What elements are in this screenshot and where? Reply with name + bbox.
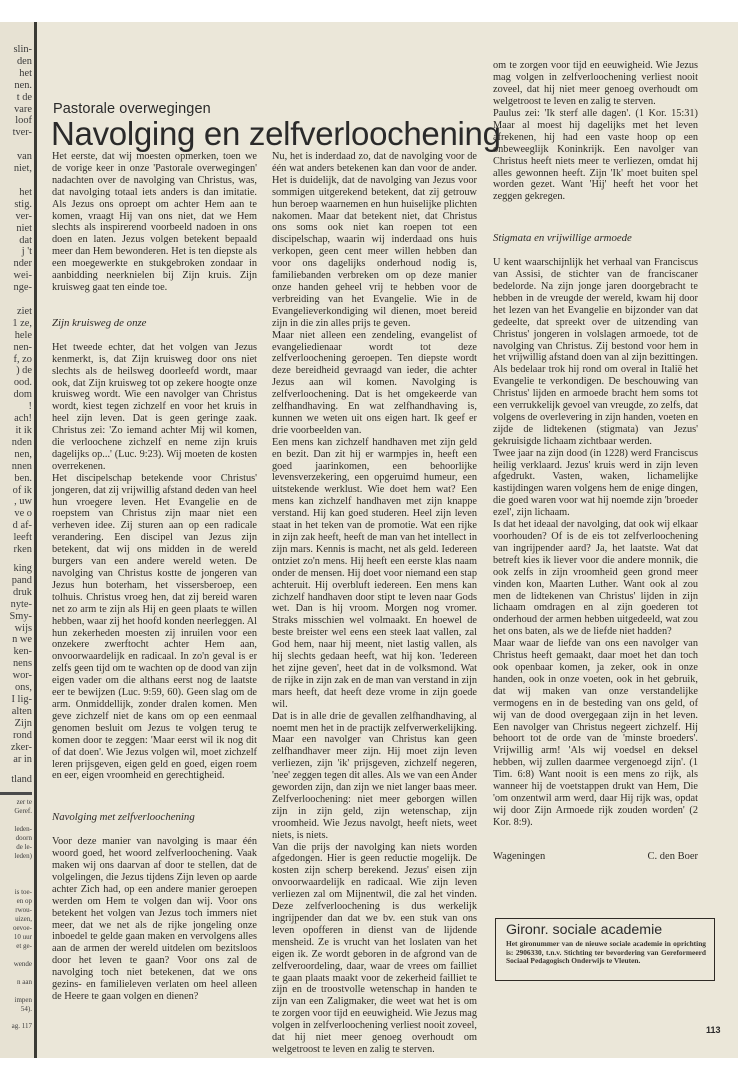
author-place: Wageningen	[493, 851, 545, 863]
section-heading: Stigmata en vrijwillige armoede	[493, 233, 698, 245]
section-heading: Zijn kruisweg de onze	[52, 318, 257, 330]
notice-box: Gironr. sociale academie Het gironummer …	[495, 918, 715, 981]
paragraph-text: om te zorgen voor tijd en eeuwigheid. Wi…	[493, 60, 698, 108]
page-number: 113	[706, 1025, 721, 1035]
article-column-1: Het eerste, dat wij moesten opmerken, to…	[52, 151, 257, 1003]
paragraph: Voor deze manier van navolging is maar é…	[52, 836, 257, 1003]
notice-body: Het gironummer van de nieuwe sociale aca…	[506, 940, 706, 966]
previous-page-rule	[0, 792, 32, 795]
previous-page-text: zer te Geref. leden- doorn de le- leden)…	[13, 798, 32, 1014]
previous-page-text: slin- den het nen. t de vare loof tver- …	[12, 44, 32, 556]
author-name: C. den Boer	[648, 851, 698, 863]
paragraph: Dat is in alle drie de gevallen zelfhand…	[272, 711, 477, 842]
previous-page-text: king pand druk nyte- Smy- wijs n we ken-…	[9, 563, 32, 765]
paragraph: Het discipelschap betekende voor Christu…	[52, 473, 257, 783]
paragraph-continued: om te zorgen voor tijd en eeuwigheid. Wi…	[493, 48, 698, 108]
paragraph: Van die prijs der navolging kan niets wo…	[272, 842, 477, 1068]
article-column-3: om te zorgen voor tijd en eeuwigheid. Wi…	[493, 48, 698, 863]
paragraph: Maar waar de liefde van ons een navolger…	[493, 638, 698, 829]
magazine-page: Pastorale overwegingen Navolging en zelf…	[37, 22, 738, 1058]
paragraph: U kent waarschijnlijk het verhaal van Fr…	[493, 257, 698, 448]
article-title: Navolging en zelfverloochening	[51, 115, 501, 153]
previous-page-text: ag. 117	[12, 1022, 32, 1031]
article-column-2: Nu, het is inderdaad zo, dat de navolgin…	[272, 151, 477, 1068]
paragraph: Een mens kan zichzelf handhaven met zijn…	[272, 437, 477, 711]
paragraph: Twee jaar na zijn dood (in 1228) werd Fr…	[493, 448, 698, 519]
notice-title: Gironr. sociale academie	[506, 922, 706, 938]
paragraph: Paulus zei: 'Ik sterf alle dagen'. (1 Ko…	[493, 108, 698, 203]
previous-page-edge: slin- den het nen. t de vare loof tver- …	[0, 22, 34, 1058]
paragraph: Maar niet alleen een zendeling, evangeli…	[272, 330, 477, 437]
paragraph: Het eerste, dat wij moesten opmerken, to…	[52, 151, 257, 294]
paragraph: Is dat het ideaal der navolging, dat ook…	[493, 519, 698, 638]
signature-line: Wageningen C. den Boer	[493, 851, 698, 863]
paragraph-text: Van die prijs der navolging kan niets wo…	[272, 842, 477, 1055]
previous-page-text: tland	[11, 774, 32, 786]
section-heading: Navolging met zelfverloochening	[52, 812, 257, 824]
paragraph: Nu, het is inderdaad zo, dat de navolgin…	[272, 151, 477, 330]
paragraph: Het tweede echter, dat het volgen van Je…	[52, 342, 257, 473]
